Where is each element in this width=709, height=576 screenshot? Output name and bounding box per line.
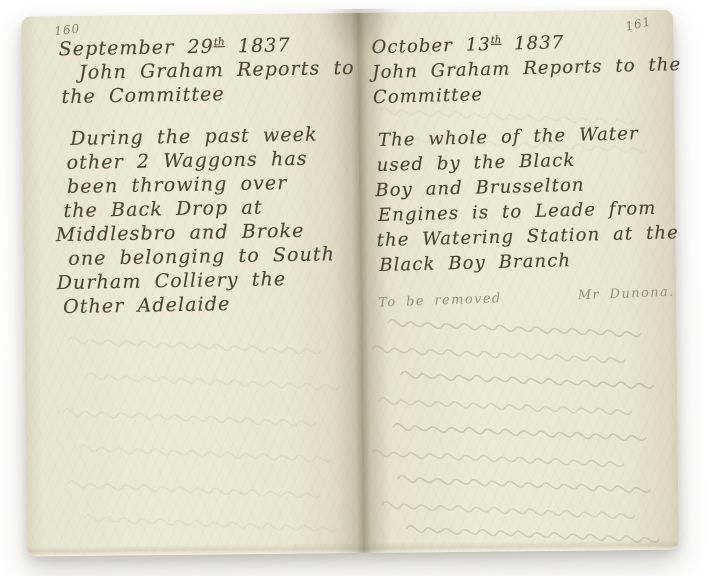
left-heading-line: the Committee: [61, 80, 353, 109]
right-page-text: October 13th 1837 John Graham Reports to…: [371, 23, 678, 310]
left-body-line: Other Adelaide: [63, 290, 357, 319]
left-date-ordinal: th: [214, 36, 225, 48]
left-page-text: September 29th 1837 John Graham Reports …: [52, 28, 357, 320]
right-date-year: 1837: [514, 32, 565, 54]
right-date-ordinal: th: [491, 35, 502, 46]
right-date-monthday: October 13: [371, 34, 491, 58]
manuscript-photo: { "photo": { "background_color": "#fffff…: [0, 0, 709, 576]
left-date-monthday: September 29: [58, 36, 214, 61]
open-notebook: 160 161: [21, 10, 679, 557]
left-date-year: 1837: [238, 34, 291, 57]
